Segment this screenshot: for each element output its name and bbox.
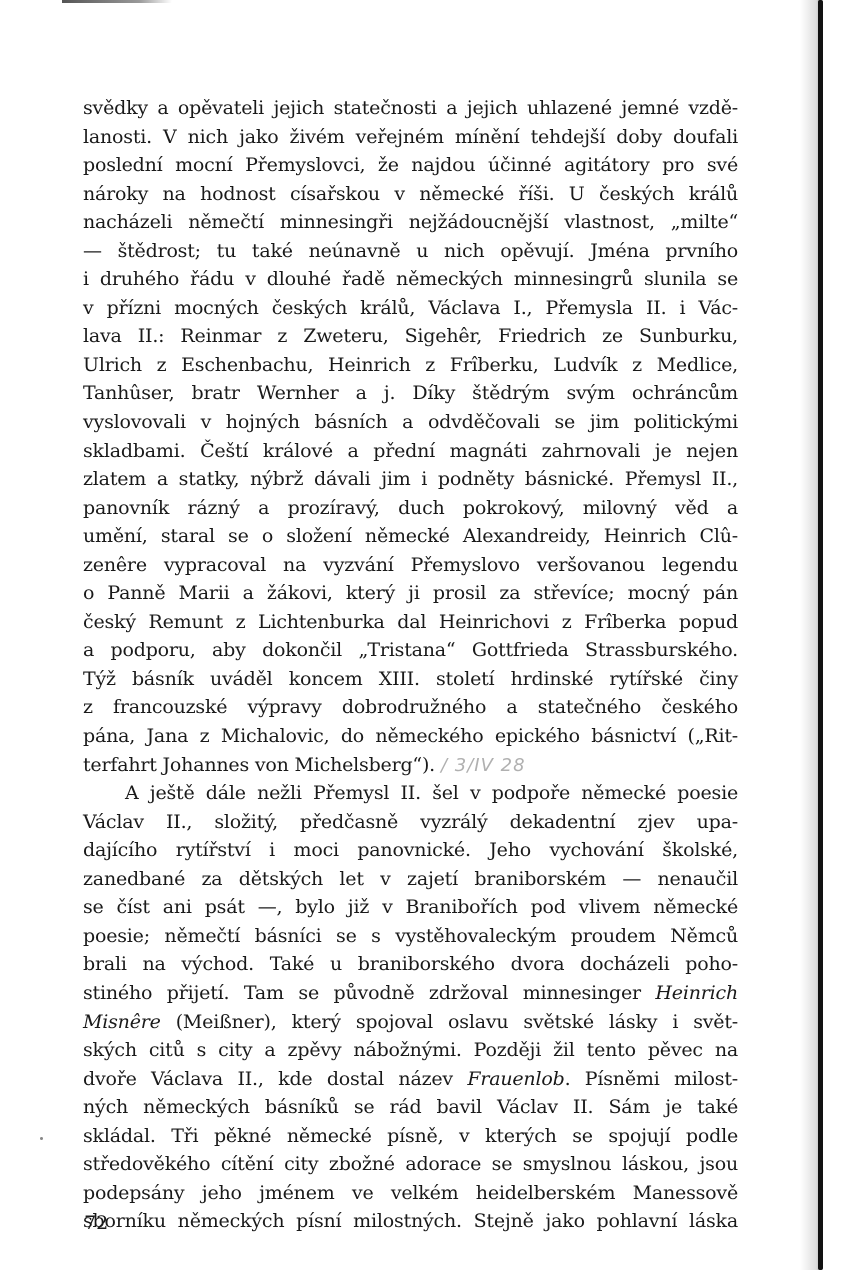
italic-name: Heinrich — [655, 982, 738, 1004]
text-line: dajícího rytířství i moci panovnické. Je… — [83, 836, 738, 865]
text-line: Misnêre (Meißner), který spojoval oslavu… — [83, 1008, 738, 1037]
text-line: Týž básník uváděl koncem XIII. století h… — [83, 665, 738, 694]
book-spine-shadow — [800, 0, 820, 1270]
text-line: poesie; němečtí básníci se s vystěhovale… — [83, 922, 738, 951]
text-line: Ulrich z Eschenbachu, Heinrich z Frîberk… — [83, 351, 738, 380]
body-text: svědky a opěvateli jejich statečnosti a … — [83, 94, 738, 1236]
text-line: ných německých básníků se rád bavil Václ… — [83, 1093, 738, 1122]
pencil-annotation: / 3/IV 28 — [441, 755, 526, 776]
text-line: svědky a opěvateli jejich statečnosti a … — [83, 94, 738, 123]
text-line: — štědrost; tu také neúnavně u nich opěv… — [83, 237, 738, 266]
text-line: Václav II., složitý, předčasně vyzrálý d… — [83, 808, 738, 837]
page-number: 72 — [84, 1212, 108, 1234]
scan-speck — [40, 1137, 43, 1140]
italic-name: Misnêre — [83, 1011, 161, 1033]
scan-edge-mark — [62, 0, 172, 3]
text-segment: . Písněmi milost- — [565, 1068, 738, 1090]
text-line: Tanhûser, bratr Wernher a j. Díky štědrý… — [83, 379, 738, 408]
text-line: panovník rázný a prozíravý, duch pokroko… — [83, 494, 738, 523]
text-line: poslední mocní Přemyslovci, že najdou úč… — [83, 151, 738, 180]
text-line: terfahrt Johannes von Michelsberg“). — [83, 754, 435, 776]
italic-name: Frauenlob — [467, 1068, 564, 1090]
text-line: a podporu, aby dokončil „Tristana“ Gottf… — [83, 636, 738, 665]
text-line: dvoře Václava II., kde dostal název Frau… — [83, 1065, 738, 1094]
text-line: zanedbané za dětských let v zajetí brani… — [83, 865, 738, 894]
text-line: český Remunt z Lichtenburka dal Heinrich… — [83, 608, 738, 637]
text-line: pána, Jana z Michalovic, do německého ep… — [83, 722, 738, 751]
text-line: středověkého cítění city zbožné adorace … — [83, 1150, 738, 1179]
text-line: brali na východ. Také u braniborského dv… — [83, 950, 738, 979]
text-line: lava II.: Reinmar z Zweteru, Sigehêr, Fr… — [83, 322, 738, 351]
text-line: nacházeli němečtí minnesingři nejžádoucn… — [83, 208, 738, 237]
text-line: sborníku německých písní milostných. Ste… — [83, 1207, 738, 1236]
text-line: v přízni mocných českých králů, Václava … — [83, 294, 738, 323]
text-segment: dvoře Václava II., kde dostal název — [83, 1068, 467, 1090]
text-line: i druhého řádu v dlouhé řadě německých m… — [83, 265, 738, 294]
text-line: podepsány jeho jménem ve velkém heidelbe… — [83, 1179, 738, 1208]
book-spine-edge — [818, 0, 823, 1270]
text-line: umění, staral se o složení německé Alexa… — [83, 522, 738, 551]
text-line: zenêre vypracoval na vyzvání Přemyslovo … — [83, 551, 738, 580]
text-line: stiného přijetí. Tam se původně zdržoval… — [83, 979, 738, 1008]
text-line: zlatem a statky, nýbrž dávali jim i podn… — [83, 465, 738, 494]
text-line: o Panně Marii a žákovi, který ji prosil … — [83, 579, 738, 608]
text-line: skládal. Tři pěkné německé písně, v kter… — [83, 1122, 738, 1151]
paragraph-end-line: terfahrt Johannes von Michelsberg“)./ 3/… — [83, 751, 738, 780]
paragraph-start-line: A ještě dále nežli Přemysl II. šel v pod… — [83, 779, 738, 808]
text-line: ských citů s city a zpěvy nábožnými. Poz… — [83, 1036, 738, 1065]
text-line: lanosti. V nich jako živém veřejném míně… — [83, 123, 738, 152]
text-segment: (Meißner), který spojoval oslavu světské… — [161, 1011, 738, 1033]
text-line: se číst ani psát —, bylo již v Braniboří… — [83, 893, 738, 922]
text-line: z francouzské výpravy dobrodružného a st… — [83, 693, 738, 722]
text-line: skladbami. Čeští králové a přední magnát… — [83, 437, 738, 466]
text-segment: stiného přijetí. Tam se původně zdržoval… — [83, 982, 655, 1004]
text-line: vyslovovali v hojných básních a odvděčov… — [83, 408, 738, 437]
text-line: nároky na hodnost císařskou v německé ří… — [83, 180, 738, 209]
